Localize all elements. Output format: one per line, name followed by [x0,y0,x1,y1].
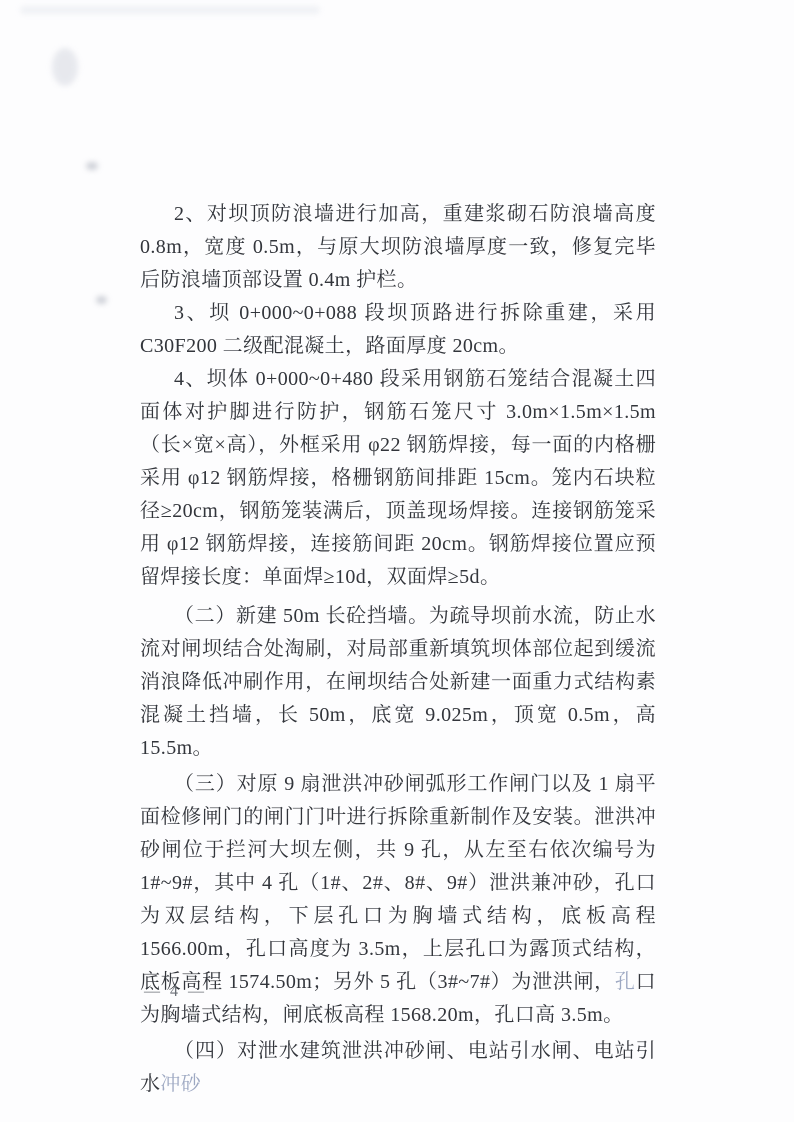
scan-speck [86,162,98,170]
paragraph-section-4-outlet-works: （四）对泄水建筑泄洪冲砂闸、电站引水闸、电站引水冲砂 [140,1035,656,1101]
paragraph-section-3-text: （三）对原 9 扇泄洪冲砂闸弧形工作闸门以及 1 扇平面检修闸门的闸门门叶进行拆… [140,773,656,993]
paragraph-4-gabion-protection: 4、坝体 0+000~0+480 段采用钢筋石笼结合混凝土四面体对护脚进行防护，… [140,363,656,594]
paragraph-section-4-text: （四）对泄水建筑泄洪冲砂闸、电站引水闸、电站引水 [140,1040,656,1095]
paragraph-2-wave-wall: 2、对坝顶防浪墙进行加高，重建浆砌石防浪墙高度 0.8m，宽度 0.5m，与原大… [140,198,656,297]
paragraph-section-3-gates: （三）对原 9 扇泄洪冲砂闸弧形工作闸门以及 1 扇平面检修闸门的闸门门叶进行拆… [140,768,656,1032]
page-number: — 4 — [144,982,207,1002]
faded-characters: 冲砂 [160,1073,201,1095]
scan-streak [20,6,320,14]
faded-character: 孔 [615,971,636,993]
paragraph-section-2-retaining-wall: （二）新建 50m 长砼挡墙。为疏导坝前水流，防止水流对闸坝结合处淘刷，对局部重… [140,600,656,765]
scan-speck [96,296,107,304]
scan-smudge [52,48,78,86]
scanned-document-page: 2、对坝顶防浪墙进行加高，重建浆砌石防浪墙高度 0.8m，宽度 0.5m，与原大… [0,0,794,1122]
paragraph-3-crest-road: 3、坝 0+000~0+088 段坝顶路进行拆除重建，采用 C30F200 二级… [140,297,656,363]
document-body: 2、对坝顶防浪墙进行加高，重建浆砌石防浪墙高度 0.8m，宽度 0.5m，与原大… [140,198,656,1101]
